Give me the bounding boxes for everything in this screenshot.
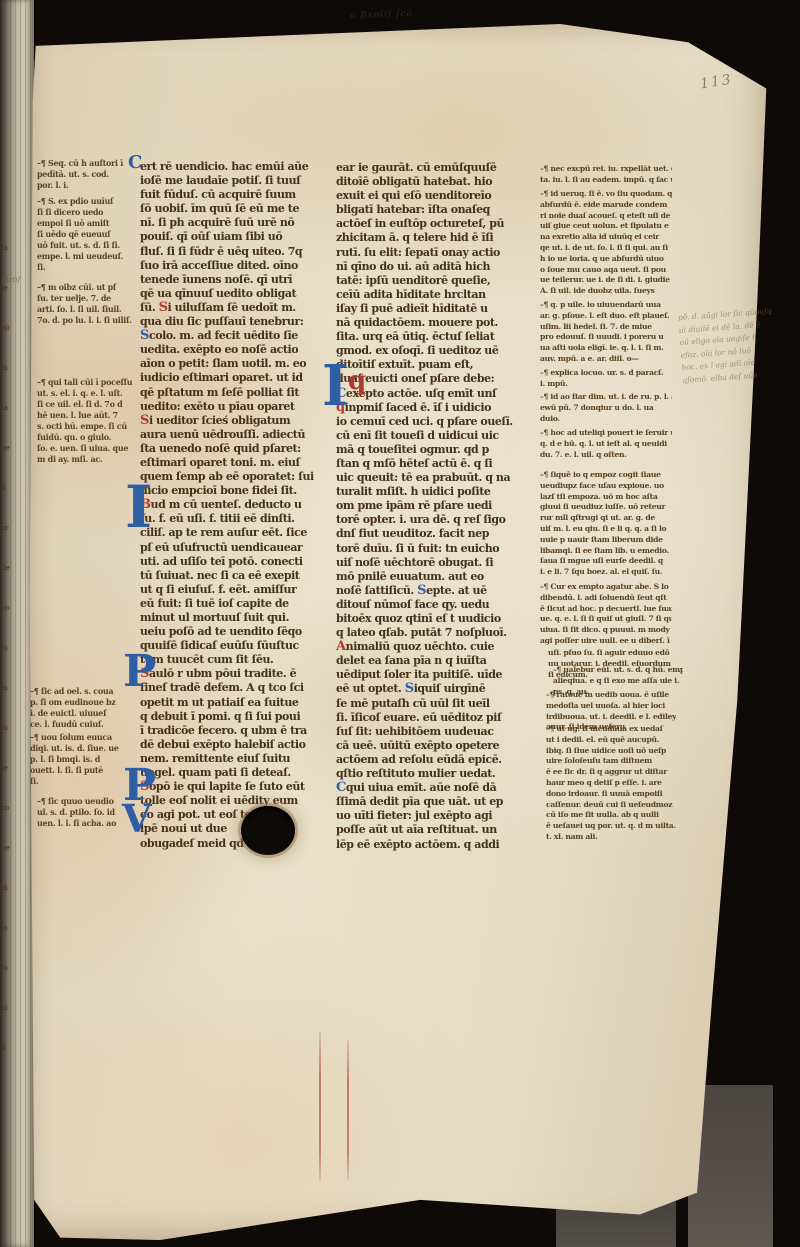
main-text-column-right: ear ie gaurāt. cū emūſquuſēditoīē obliga… [336,161,536,852]
left-margin-gloss-block-5: –¶ ſic ad oel. s. couap. ſi om eudinoue … [30,686,135,730]
left-margin-gloss-block-7: –¶ ſic quuo ueudioul. s. d. ptilo. ſo. i… [37,796,135,829]
initial-I-right-column: I [322,358,348,414]
initial-C-left-column: C [128,152,142,173]
left-margin-gloss-block-1: –¶ Seq. cū h auſtori īpedītā. ut. s. cod… [37,158,135,191]
left-margin-gloss-block-2: –¶ S. ex pdio uuīuſſi ſi dicero uedoempo… [37,196,135,273]
right-margin-gloss-block-12: –¶ ut ug. ſi uicudaua ex uedaſut i dedil… [546,724,680,843]
right-margin-gloss-block-6: –¶ hoc ad uteliqi pouert ie ſeruir utq. … [540,428,672,471]
initial-P-paulus: P [123,650,156,694]
initial-V-ulpianus: V [122,800,151,838]
cursive-margin-note: pō. d. aūgi lor ſic qūouſqui diuilē ei d… [678,304,795,387]
gutter-text-fragments: ſa fe nō m̄ ta ge ſi ar de po lu m fu ſe… [1,228,21,1068]
right-margin-gloss-block-8: –¶ Cur ex empto agatur abe. S lodibendū.… [540,582,672,647]
top-inscription: a Bxoliſ ſcō [350,9,413,21]
right-margin-gloss-block-7: –¶ ſiquē io q empoz cogit ſiaueueudiupz … [540,470,672,578]
red-ruling-scratch-2 [347,1040,349,1180]
parchment-hole [241,806,295,855]
right-margin-gloss-block-2: –¶ id ueruq. ſi ē. vo ſiu quodam. quiabſ… [540,189,672,297]
right-margin-gloss-block-11: –¶ ualebur eūi. ut. s. d. q hū. emp.alie… [553,665,683,697]
left-margin-gloss-block-3: –¶ m oibz cūi. ut pſſu. ter uelje. 7. de… [37,282,135,326]
right-margin-gloss-block-1: –¶ nec excpū rei. iu. rxpellāt uet. deta… [540,164,672,186]
initial-q-right-column: q [348,368,366,394]
main-text-column-left: ert rē uendicio. hac emūi aūeioſē me lau… [140,160,340,851]
right-margin-gloss-block-5: –¶ id ao fiar dim. ut. i. de ru. p. l. a… [540,392,672,424]
left-margin-gloss-block-4: –¶ qui tali cūi ī poceſſuut. s. el. i. q… [37,377,135,465]
right-margin-gloss-block-4: –¶ explica locuo. ur. s. d paracſ.i. mpū… [540,368,672,390]
red-ruling-scratch-1 [319,1032,321,1182]
manuscript-photo: ſa fe nō m̄ ta ge ſi ar de po lu m fu ſe… [0,0,800,1247]
initial-I-left-column: I [125,478,152,536]
left-margin-gloss-block-6: –¶ uou ſolum euucadiqi. ut. is. d. ſiue.… [30,732,135,787]
right-margin-gloss-block-3: –¶ q. p uile. io uiuuendarū uuaar. g. pſ… [540,300,672,365]
